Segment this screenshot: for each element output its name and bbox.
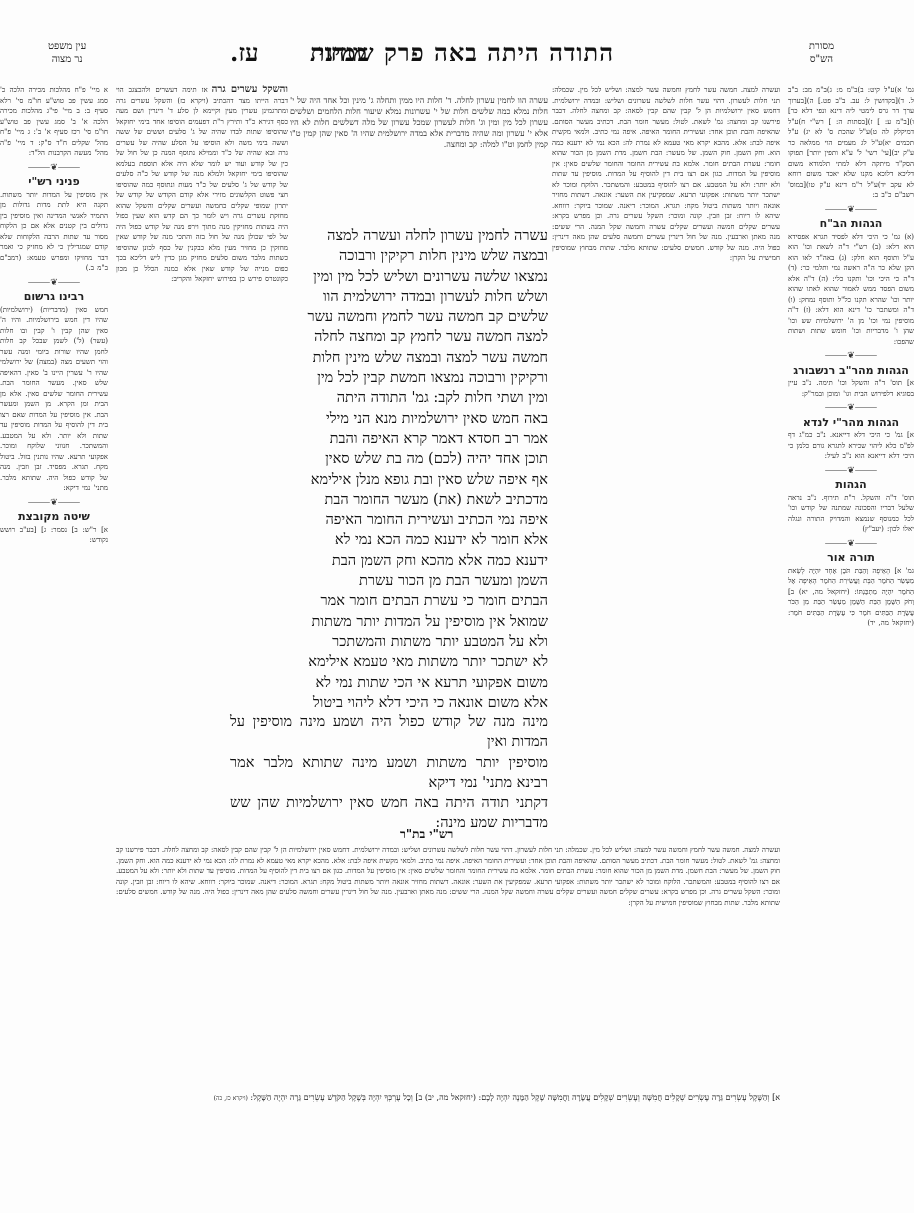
tractate-name: מנחות bbox=[310, 38, 367, 68]
rashi-column: ועשרה למצה. חמשה עשר לחמץ וחמשה עשר למצה… bbox=[552, 85, 780, 725]
gemara-line: מדכתיב לשאת (את) מעשר החומר הבת bbox=[290, 490, 548, 510]
verse-text: א] וְהַשֶּׁקֶל עֶשְׂרִים גֵּרָה עֶשְׂרִי… bbox=[250, 1093, 780, 1102]
gemara-line: נמצאו שלשה עשרונים ושליש לכל מין ומין bbox=[290, 267, 548, 287]
page-header: מסורת הש"ס התודה היתה באה פרק שמיני מנחו… bbox=[0, 38, 914, 78]
gemara-line: עשרה לחמין עשרון לחלה ועשרה למצה bbox=[290, 226, 548, 246]
gemara-line: שלשים קב חמשה עשר לחמץ וחמשה עשר bbox=[290, 307, 548, 327]
ein-mishpat-line1: עין משפט bbox=[48, 40, 86, 53]
ornament-divider: ⸻❦⸻ bbox=[788, 351, 914, 362]
gemara-line: שמואל אין מוסיפין על המדות יותר משתות bbox=[290, 612, 548, 632]
gemara-line: ידענא כמה אלא מהכא וחק השמן הבת bbox=[290, 551, 548, 571]
ornament-divider: ⸻❦⸻ bbox=[788, 539, 914, 550]
tosafot-text: אז תימה דעשרים ולהכצגב הוי דברה הייתו מצ… bbox=[116, 86, 288, 283]
gemara-line: ובמצה שלש מינין חלות רקיקין ורבוכה bbox=[290, 246, 548, 266]
gemara-line: אף איפה שלש סאין ובת גופא מנלן אילימא bbox=[290, 470, 548, 490]
right-margin-column: גמ' א)ע"ל קיט: ב)ב"מ מ: ג)ב"מ מב: ב"ב ל.… bbox=[788, 85, 914, 1145]
gemara-line: אלא חומר לא ידענא כמה הכא נמי לא bbox=[290, 530, 548, 550]
gemara-line: משום אפקועי תרעא אי הכי שתות נמי לא bbox=[290, 673, 548, 693]
hagahot-title: הגהות bbox=[788, 480, 914, 491]
maharab-title: הגהות מהר"ב רנשבורג bbox=[788, 366, 914, 377]
gemara-line: ומין ושתי חלות לקב: גמ' התודה היתה bbox=[290, 388, 548, 408]
torah-or-title: תורה אור bbox=[788, 553, 914, 564]
ein-mishpat-label: עין משפט נר מצוה bbox=[48, 40, 86, 66]
left-margin-column: א מיי' פ"ח מהלכות מכירה הלכה כ' סמג עשין… bbox=[0, 85, 108, 1145]
pnei-rashi-title: פניני רש"י bbox=[0, 177, 108, 188]
tosafot-column: והשקל עשרים גרה אז תימה דעשרים ולהכצגב ה… bbox=[116, 85, 288, 725]
shita-title: שיטה מקובצת bbox=[0, 512, 108, 523]
gemara-line: הבתים חומר כי עשרת הבתים חומר אמר bbox=[290, 591, 548, 611]
maharab-text: א] תוס' ד"ה והשקל וכו' תימה. נ"ב עיין בס… bbox=[788, 378, 914, 399]
gemara-line: דקתני תודה היתה באה חמש סאין ירושלמיות ש… bbox=[230, 793, 548, 834]
ein-mishpat-line2: נר מצוה bbox=[48, 53, 86, 66]
tosafot-heading: והשקל עשרים גרה bbox=[212, 85, 288, 95]
ornament-divider: ⸻❦⸻ bbox=[788, 466, 914, 477]
gemara-line: אמר רב חסדא דאמר קרא האיפה והבת bbox=[290, 429, 548, 449]
bottom-commentary: ועשרה למצה. חמשה עשר לחמץ וחמשה עשר למצה… bbox=[116, 845, 780, 1100]
ornament-divider: ⸻❦⸻ bbox=[0, 163, 108, 174]
gemara-line: מינה מנה של קודש כפול היה ושמע מינה מוסי… bbox=[230, 712, 548, 753]
gemara-line: ורקיקין ורבוכה נמצאו חמשת קבין לכל מין bbox=[290, 368, 548, 388]
rashi-text: ועשרה למצה. חמשה עשר לחמץ וחמשה עשר למצה… bbox=[552, 85, 780, 264]
gemara-line: תוכן אחד יהיה (לכם) מה בת שלש סאין bbox=[290, 449, 548, 469]
gemara-line: איפה נמי הכתיב ועשירית החומר האיפה bbox=[290, 510, 548, 530]
pnei-rashi-text: אין מוסיפין על המדות יותר משתות. תקנה הי… bbox=[0, 190, 108, 274]
maharil-text: א] גמ' כי היכי דלא דייאנא. נ"ב כמ"ג דף ל… bbox=[788, 430, 914, 462]
gemara-line: באה חמש סאין ירושלמיות מנא הני מילי bbox=[290, 409, 548, 429]
hagahot-habach-title: הגהות הב"ח bbox=[788, 219, 914, 230]
maharil-title: הגהות מהר"י לנדא bbox=[788, 418, 914, 429]
verse-source: (ויקרא כז, כה) bbox=[214, 1095, 248, 1102]
gemara-wide-lines: מינה מנה של קודש כפול היה ושמע מינה מוסי… bbox=[230, 712, 548, 834]
gemara-line: השמן ומעשר הבת מן הכור עשרת bbox=[290, 571, 548, 591]
rabbeinu-gershom-title: רבינו גרשום bbox=[0, 292, 108, 303]
hagahot-text: תוס' ד"ה והשקל. ר"ת תירוף. נ"ב נראה שלעל… bbox=[788, 493, 914, 535]
ornament-divider: ⸻❦⸻ bbox=[0, 278, 108, 289]
masoret-label-line2: הש"ס bbox=[809, 53, 834, 66]
ornament-divider: ⸻❦⸻ bbox=[788, 205, 914, 216]
ornament-divider: ⸻❦⸻ bbox=[788, 403, 914, 414]
hagahot-habach-text: (א) גמ' כי היכי דלא לפסיד תגרא אפסידא הו… bbox=[788, 232, 914, 348]
shita-text: א] ר"ש: ב] נסמר: ג] [בע"ב רושש נקודש: bbox=[0, 525, 108, 546]
gemara-line: מוסיפין יותר משתות ושמע מינה שתותא מלבר … bbox=[230, 753, 548, 794]
gemara-line: למצה חמשה עשר לחמץ קב ומחצה לחלה bbox=[290, 327, 548, 347]
ornament-divider: ⸻❦⸻ bbox=[0, 498, 108, 509]
gemara-line: לא ישתכר יותר משתות מאי טעמא אילימא bbox=[290, 652, 548, 672]
verse-footnote: א] וְהַשֶּׁקֶל עֶשְׂרִים גֵּרָה עֶשְׂרִי… bbox=[116, 1092, 780, 1105]
gemara-main-text: עשרה לחמין עשרון לחלה ועשרה למצה ובמצה ש… bbox=[290, 226, 548, 713]
rashi-heading: רש"י בת"ר bbox=[400, 827, 453, 842]
daf-number: עז. bbox=[230, 38, 259, 68]
masoret-entries: גמ' א)ע"ל קיט: ב)ב"מ מ: ג)ב"מ מב: ב"ב ל.… bbox=[788, 85, 914, 201]
rabbeinu-gershom-text: חמש סאין (מדבריות) (ירושלמיות) שהיו דין … bbox=[0, 305, 108, 494]
gemara-top-commentary: עשרה הוו לחמין עשרון לחלה. ד' חלות היו מ… bbox=[290, 95, 548, 150]
gemara-line: אלא משום אונאה כי היכי דלא ליהוי ביטול bbox=[290, 693, 548, 713]
gemara-line: ושלש חלות לעשרון ובמדה ירושלמית הוו bbox=[290, 287, 548, 307]
ein-mishpat-entries: א מיי' פ"ח מהלכות מכירה הלכה כ' סמג עשין… bbox=[0, 85, 108, 159]
masoret-label-line1: מסורת bbox=[809, 40, 834, 53]
gemara-line: ולא על המטבע יותר משתות והמשתכר bbox=[290, 632, 548, 652]
torah-or-text: גמ' א] הָאֵיפָה וְהַבַּת תֹּכֶן אֶחָד יִ… bbox=[788, 566, 914, 629]
gemara-line: חמשה עשר למצה ובמצה שלש מינין חלות bbox=[290, 348, 548, 368]
masoret-hashas-label: מסורת הש"ס bbox=[809, 40, 834, 66]
